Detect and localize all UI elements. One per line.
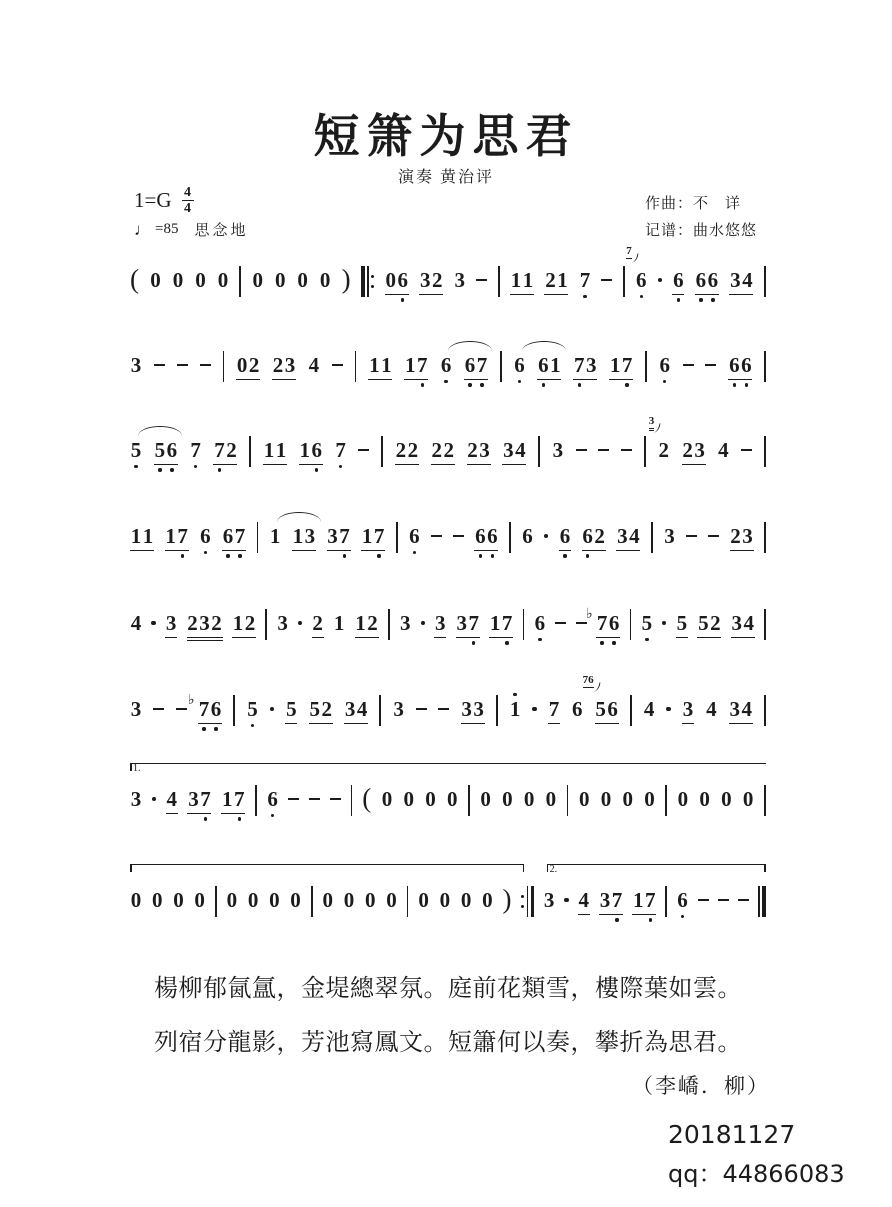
note-underlines bbox=[616, 548, 640, 551]
note-digit: 6 bbox=[486, 524, 498, 548]
low-octave-dot bbox=[615, 918, 618, 921]
barline bbox=[523, 597, 525, 640]
octave-dots-below bbox=[198, 724, 222, 730]
note-group: 34 bbox=[502, 424, 526, 465]
low-octave-dot bbox=[158, 468, 161, 471]
note-group: 34 bbox=[616, 510, 640, 551]
note-digits: 1 bbox=[509, 697, 521, 721]
key-label: 1=G bbox=[134, 188, 172, 213]
note-digit: 0 bbox=[523, 787, 535, 811]
note-digit: 2 bbox=[272, 353, 284, 377]
note-digits: 3 bbox=[434, 611, 446, 635]
duration-underline bbox=[130, 550, 154, 552]
note-digit: 3 bbox=[187, 787, 199, 811]
low-octave-dot bbox=[218, 468, 221, 471]
duration-underline bbox=[309, 723, 333, 725]
note-group: 4 bbox=[643, 683, 655, 721]
note-digit: 7 bbox=[199, 787, 211, 811]
duration-underline bbox=[676, 637, 688, 639]
note-digits: 1 bbox=[333, 611, 345, 635]
performer-credit: 演奏 黄治评 bbox=[0, 164, 892, 187]
augmentation-dot bbox=[564, 874, 568, 912]
note-digits: 232 bbox=[187, 611, 223, 635]
dash-extension bbox=[153, 683, 164, 721]
note-digit: 6 bbox=[440, 353, 452, 377]
note-digit: 1 bbox=[361, 524, 373, 548]
low-octave-dot bbox=[745, 383, 748, 386]
note-digit: 0 bbox=[742, 787, 754, 811]
note-underlines bbox=[431, 462, 455, 465]
note-digit: 0 bbox=[274, 268, 286, 292]
note-digit: 7 bbox=[548, 697, 560, 721]
note-group: 0 bbox=[130, 874, 142, 912]
note-group: 23 bbox=[272, 339, 296, 380]
note-digits: 73 bbox=[573, 353, 597, 377]
grace-note: 76 bbox=[583, 675, 594, 688]
composer-credit: 作曲：不 详 bbox=[645, 191, 757, 218]
note-group: 34 bbox=[344, 683, 368, 724]
note-digits: 0 bbox=[194, 268, 206, 292]
note-digit: 0 bbox=[236, 353, 248, 377]
note-digit: 6 bbox=[707, 268, 719, 292]
note-digit: 0 bbox=[460, 888, 472, 912]
note-digit: 3 bbox=[419, 268, 431, 292]
note-group: 0 bbox=[290, 874, 302, 912]
barline bbox=[764, 597, 766, 640]
note-underlines bbox=[659, 377, 671, 383]
augmentation-dot bbox=[658, 254, 662, 292]
qq-contact: qq：44866083 bbox=[668, 1154, 845, 1189]
augmentation-dot bbox=[421, 597, 425, 635]
note-digits: 72 bbox=[213, 438, 237, 462]
barline bbox=[509, 510, 511, 553]
note-group: 4 bbox=[166, 773, 178, 814]
note-digits: 34 bbox=[344, 697, 368, 721]
note-digit: 6 bbox=[474, 524, 486, 548]
note-digit: 4 bbox=[308, 353, 320, 377]
note-digits: 37 bbox=[599, 888, 623, 912]
note-digit: 6 bbox=[408, 524, 420, 548]
note-digit: 0 bbox=[381, 787, 393, 811]
note-digit: 7 bbox=[468, 611, 480, 635]
note-group: 6 bbox=[659, 339, 671, 383]
note-digits: 11 bbox=[263, 438, 287, 462]
note-digits: 23 bbox=[730, 524, 754, 548]
note-digits: 0 bbox=[194, 888, 206, 912]
note-group: 17 bbox=[632, 874, 656, 922]
note-digits: 0 bbox=[319, 268, 331, 292]
note-digits: 22 bbox=[431, 438, 455, 462]
note-digit: 3 bbox=[165, 611, 177, 635]
note-group: 17 bbox=[489, 597, 513, 645]
note-group: 7 bbox=[579, 254, 591, 298]
augmentation-dot bbox=[152, 773, 156, 811]
low-octave-dot bbox=[202, 727, 205, 730]
note-digits: 7 bbox=[190, 438, 202, 462]
note-group: 5 bbox=[130, 424, 142, 468]
note-digit: 1 bbox=[130, 524, 142, 548]
dash-extension bbox=[431, 510, 442, 548]
dash-extension bbox=[708, 510, 719, 548]
note-underlines bbox=[578, 912, 590, 915]
note-digits: 0 bbox=[403, 787, 415, 811]
octave-dots-below bbox=[573, 380, 597, 386]
note-digits: 7 bbox=[335, 438, 347, 462]
note-digit: 2 bbox=[248, 353, 260, 377]
note-group: 4 bbox=[130, 597, 142, 635]
note-underlines bbox=[285, 721, 297, 724]
note-group: 0 bbox=[446, 773, 458, 811]
volta-bracket bbox=[130, 864, 524, 872]
augmentation-dot bbox=[298, 597, 302, 635]
note-underlines bbox=[213, 462, 237, 472]
note-group: 1 bbox=[333, 597, 345, 635]
note-group: 11 bbox=[263, 424, 287, 465]
octave-dots-below bbox=[537, 380, 561, 386]
note-group: 34 bbox=[729, 683, 753, 724]
note-digit: 0 bbox=[677, 787, 689, 811]
note-digits: 5 bbox=[247, 697, 259, 721]
octave-dots-below bbox=[596, 638, 620, 644]
repeat-start-sign bbox=[361, 254, 374, 297]
note-digit: 4 bbox=[643, 697, 655, 721]
note-group: 0 bbox=[274, 254, 286, 292]
low-octave-dot bbox=[444, 380, 447, 383]
note-group: 7656 bbox=[595, 683, 619, 724]
note-digit: 6 bbox=[537, 353, 549, 377]
dash-extension bbox=[154, 339, 165, 377]
note-underlines bbox=[236, 377, 260, 380]
note-group: 0 bbox=[418, 874, 430, 912]
augmentation-dot bbox=[532, 683, 536, 721]
note-digit: 7 bbox=[501, 611, 513, 635]
note-digit: 6 bbox=[676, 888, 688, 912]
note-digit: 7 bbox=[190, 438, 202, 462]
note-digits: 3 bbox=[399, 611, 411, 635]
note-digit: 0 bbox=[194, 888, 206, 912]
duration-underline bbox=[187, 640, 223, 642]
note-underlines bbox=[682, 462, 706, 465]
note-digits: 21 bbox=[544, 268, 568, 292]
octave-dots-below bbox=[154, 465, 178, 471]
note-group: 0 bbox=[720, 773, 732, 811]
note-digits: 37 bbox=[187, 787, 211, 811]
paren: ( bbox=[130, 254, 139, 294]
note-digit: 3 bbox=[479, 438, 491, 462]
duration-underline bbox=[616, 550, 640, 552]
note-digits: 6 bbox=[635, 268, 647, 292]
grace-note: 7 bbox=[626, 246, 632, 259]
note-digits: 3 bbox=[543, 888, 555, 912]
low-octave-dot bbox=[600, 641, 603, 644]
barline bbox=[255, 773, 257, 816]
note-digit: 6 bbox=[267, 787, 279, 811]
low-octave-dot bbox=[699, 298, 702, 301]
note-digits: 17 bbox=[165, 524, 189, 548]
note-digits: 0 bbox=[226, 888, 238, 912]
note-digit: 2 bbox=[730, 524, 742, 548]
note-group: 11 bbox=[510, 254, 534, 295]
note-digits: 6 bbox=[267, 787, 279, 811]
note-digit: 6 bbox=[672, 268, 684, 292]
note-digit: 3 bbox=[454, 268, 466, 292]
duration-underline bbox=[395, 464, 419, 466]
note-digit: 2 bbox=[187, 611, 199, 635]
low-octave-dot bbox=[538, 638, 541, 641]
note-underlines bbox=[514, 377, 526, 383]
note-digits: 4 bbox=[705, 697, 717, 721]
note-digit: 3 bbox=[199, 611, 211, 635]
note-digit: 0 bbox=[194, 268, 206, 292]
note-underlines bbox=[730, 548, 754, 551]
note-digit: 1 bbox=[263, 438, 275, 462]
note-digit: 7 bbox=[234, 524, 246, 548]
duration-underline bbox=[263, 464, 287, 466]
low-octave-dot bbox=[315, 468, 318, 471]
note-underlines bbox=[130, 548, 154, 551]
song-title: 短箫为思君 bbox=[0, 100, 892, 166]
note-digit: 5 bbox=[676, 611, 688, 635]
credits-block: 作曲：不 详 记谱：曲水悠悠 bbox=[645, 191, 757, 245]
note-digits: 0 bbox=[481, 888, 493, 912]
note-digit: 7 bbox=[611, 888, 623, 912]
note-digit: 0 bbox=[297, 268, 309, 292]
note-underlines bbox=[729, 721, 753, 724]
note-digit: 1 bbox=[221, 787, 233, 811]
octave-dots-above bbox=[509, 683, 521, 697]
note-group: 0 bbox=[247, 874, 259, 912]
note-underlines bbox=[263, 462, 287, 465]
note-underlines bbox=[312, 635, 324, 638]
note-digits: 23 bbox=[272, 353, 296, 377]
note-digits: 5 bbox=[676, 611, 688, 635]
note-digits: 0 bbox=[149, 268, 161, 292]
low-octave-dot bbox=[491, 554, 494, 557]
note-digits: 0 bbox=[418, 888, 430, 912]
note-digit: 7 bbox=[373, 524, 385, 548]
note-digit: 2 bbox=[682, 438, 694, 462]
note-underlines bbox=[682, 721, 694, 724]
note-digit: 0 bbox=[622, 787, 634, 811]
low-octave-dot bbox=[663, 380, 666, 383]
dash-extension bbox=[698, 874, 709, 912]
note-group: 52 bbox=[697, 597, 721, 638]
dash-extension bbox=[598, 424, 609, 462]
note-digit: 0 bbox=[290, 888, 302, 912]
note-digit: 1 bbox=[165, 524, 177, 548]
paren: ( bbox=[362, 773, 371, 813]
note-digit: 1 bbox=[404, 353, 416, 377]
note-group: 17 bbox=[404, 339, 428, 387]
note-group: 3 bbox=[130, 773, 142, 811]
note-group: 66 bbox=[728, 339, 752, 387]
note-digits: 17 bbox=[221, 787, 245, 811]
note-digits: 17 bbox=[361, 524, 385, 548]
note-digits: 52 bbox=[309, 697, 333, 721]
grace-digits: 76 bbox=[583, 675, 594, 686]
note-group: 0 bbox=[385, 874, 397, 912]
note-digit: 5 bbox=[130, 438, 142, 462]
duration-underline bbox=[548, 723, 560, 725]
sheet-music-page: 短箫为思君 演奏 黄治评 1=G 4 4 ♩ =85 思念地 作曲：不 详 记谱… bbox=[0, 0, 892, 1207]
low-octave-dot bbox=[401, 298, 404, 301]
note-digit: 0 bbox=[343, 888, 355, 912]
low-octave-dot bbox=[170, 468, 173, 471]
note-digits: 0 bbox=[446, 787, 458, 811]
note-digit: 6 bbox=[728, 353, 740, 377]
note-group: 6 bbox=[440, 339, 452, 383]
low-octave-dot bbox=[583, 295, 586, 298]
barline bbox=[665, 773, 667, 816]
note-group: 76 bbox=[635, 254, 647, 298]
note-group: 7 bbox=[190, 424, 202, 468]
time-signature: 4 4 bbox=[182, 186, 194, 215]
dash-extension bbox=[601, 254, 612, 292]
meter-numerator: 4 bbox=[184, 186, 191, 199]
note-digit: 4 bbox=[166, 787, 178, 811]
note-underlines bbox=[165, 548, 189, 558]
note-digits: 6 bbox=[672, 268, 684, 292]
note-digit: 1 bbox=[292, 524, 304, 548]
note-group: 4 bbox=[717, 424, 729, 462]
note-digits: 34 bbox=[731, 611, 755, 635]
note-digit: 1 bbox=[269, 524, 281, 548]
note-digits: 6 bbox=[199, 524, 211, 548]
note-underlines bbox=[130, 462, 142, 468]
note-digits: 0 bbox=[130, 888, 142, 912]
barline bbox=[645, 339, 647, 382]
note-group: 4 bbox=[308, 339, 320, 377]
duration-underline bbox=[166, 813, 178, 815]
note-digit: 1 bbox=[509, 697, 521, 721]
note-digit: 3 bbox=[473, 697, 485, 721]
note-underlines bbox=[187, 811, 211, 821]
note-underlines bbox=[489, 635, 513, 645]
barline bbox=[233, 683, 235, 726]
score-line: 3♭76555234333176765643434 bbox=[130, 683, 766, 739]
note-digit: 2 bbox=[211, 611, 223, 635]
note-group: 23 bbox=[682, 424, 706, 465]
note-digit: 1 bbox=[380, 353, 392, 377]
note-digit: 6 bbox=[521, 524, 533, 548]
note-digits: 0 bbox=[217, 268, 229, 292]
note-digits: 3 bbox=[552, 438, 564, 462]
note-group: 5 bbox=[676, 597, 688, 638]
low-octave-dot bbox=[711, 298, 714, 301]
octave-dots-below bbox=[559, 551, 571, 557]
note-digits: 67 bbox=[222, 524, 246, 548]
note-digits: 2 bbox=[658, 438, 670, 462]
note-underlines bbox=[573, 377, 597, 387]
note-digit: 1 bbox=[549, 353, 561, 377]
note-digits: 0 bbox=[480, 787, 492, 811]
note-digits: 17 bbox=[404, 353, 428, 377]
note-digit: 3 bbox=[585, 353, 597, 377]
low-octave-dot bbox=[472, 641, 475, 644]
note-group: 232 bbox=[187, 597, 223, 641]
dash-extension bbox=[683, 339, 694, 377]
note-group: 32 bbox=[419, 254, 443, 295]
low-octave-dot bbox=[413, 551, 416, 554]
note-digit: 5 bbox=[285, 697, 297, 721]
dash-extension bbox=[358, 424, 369, 462]
note-digits: 62 bbox=[582, 524, 606, 548]
volta-right-tick bbox=[523, 865, 525, 872]
low-octave-dot bbox=[612, 641, 615, 644]
note-digits: 6 bbox=[521, 524, 533, 548]
octave-dots-below bbox=[534, 635, 546, 641]
low-octave-dot bbox=[134, 465, 137, 468]
note-digits: 23 bbox=[467, 438, 491, 462]
note-underlines bbox=[534, 635, 546, 641]
score-line: 1.3437176(0000000000000000 bbox=[130, 773, 766, 829]
low-octave-dot bbox=[505, 641, 508, 644]
dash-extension bbox=[576, 597, 587, 635]
note-digits: 6 bbox=[534, 611, 546, 635]
note-underlines bbox=[474, 548, 498, 558]
note-group: 7 bbox=[335, 424, 347, 468]
note-underlines bbox=[199, 548, 211, 554]
note-group: 1 bbox=[269, 510, 281, 548]
octave-dots-below bbox=[728, 380, 752, 386]
note-group: 0 bbox=[149, 254, 161, 292]
note-digit: 0 bbox=[149, 268, 161, 292]
mood-marking: 思念地 bbox=[194, 219, 248, 240]
note-digit: 6 bbox=[571, 697, 583, 721]
note-digits: 0 bbox=[364, 888, 376, 912]
note-group: 52 bbox=[309, 683, 333, 724]
key-signature: 1=G 4 4 bbox=[134, 186, 194, 215]
note-group: 3 bbox=[130, 683, 142, 721]
note-digit: 6 bbox=[514, 353, 526, 377]
duration-underline bbox=[697, 637, 721, 639]
note-underlines bbox=[440, 377, 452, 383]
paren: ) bbox=[342, 254, 351, 294]
duration-underline bbox=[368, 379, 392, 381]
note-digit: 1 bbox=[510, 268, 522, 292]
note-digit: 3 bbox=[682, 697, 694, 721]
duration-underline bbox=[312, 637, 324, 639]
duration-underline bbox=[502, 464, 526, 466]
note-underlines bbox=[395, 462, 419, 465]
note-group: 0 bbox=[578, 773, 590, 811]
note-underlines bbox=[544, 292, 568, 295]
note-underlines bbox=[464, 377, 488, 387]
note-digits: 6 bbox=[440, 353, 452, 377]
note-digit: 0 bbox=[481, 888, 493, 912]
note-digits: 6 bbox=[514, 353, 526, 377]
note-underlines bbox=[187, 635, 223, 641]
note-group: 3 bbox=[682, 683, 694, 724]
note-group: 37 bbox=[599, 874, 623, 922]
note-digits: 6 bbox=[408, 524, 420, 548]
dash-extension bbox=[438, 683, 449, 721]
note-group: 23 bbox=[467, 424, 491, 465]
barline bbox=[665, 874, 667, 917]
duration-underline bbox=[236, 379, 260, 381]
octave-dots-below bbox=[456, 638, 480, 644]
octave-dots-below bbox=[408, 548, 420, 554]
octave-dots-below bbox=[440, 377, 452, 383]
dash-extension bbox=[741, 424, 752, 462]
note-underlines bbox=[502, 462, 526, 465]
low-octave-dot bbox=[645, 638, 648, 641]
octave-dots-below bbox=[190, 462, 202, 468]
low-octave-dot bbox=[214, 727, 217, 730]
barline bbox=[623, 254, 625, 297]
note-digit: 3 bbox=[616, 524, 628, 548]
duration-underline bbox=[272, 379, 296, 381]
